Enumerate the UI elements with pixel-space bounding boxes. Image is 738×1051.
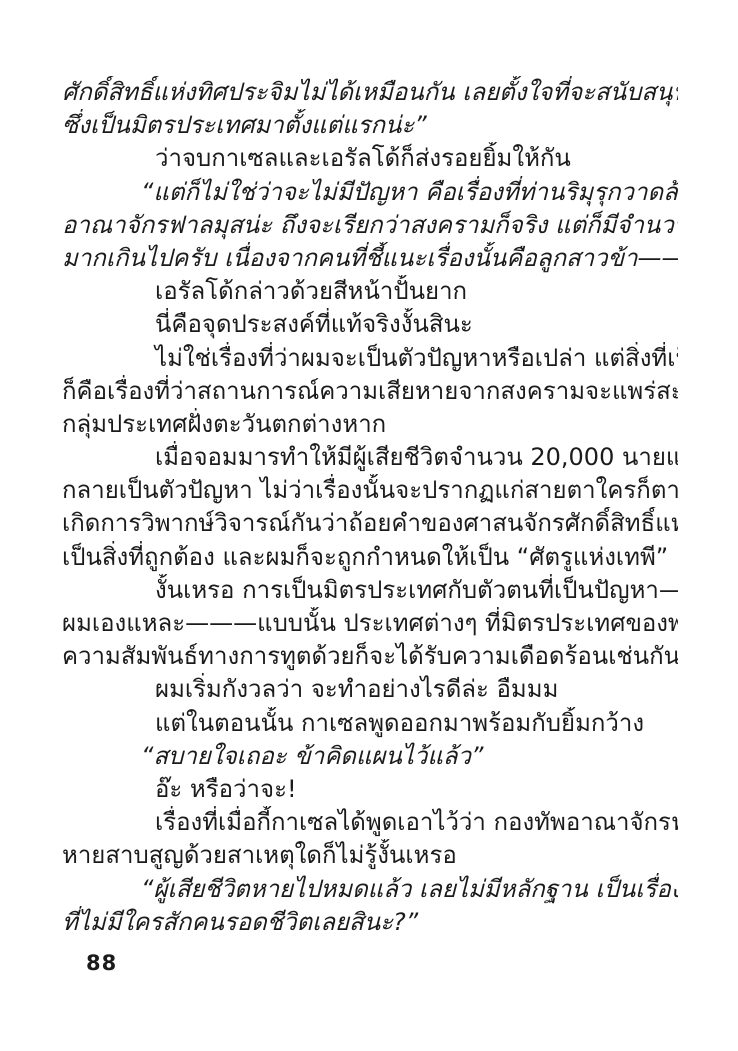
text-line: มากเกินไปครับ เนื่องจากคนที่ชี้แนะเรื่อง… xyxy=(62,242,678,275)
text-line: งั้นเหรอ การเป็นมิตรประเทศกับตัวตนที่เป็… xyxy=(62,574,678,607)
text-line: หายสาบสูญด้วยสาเหตุใดก็ไม่รู้งั้นเหรอ xyxy=(62,839,678,872)
text-line: “สบายใจเถอะ ข้าคิดแผนไว้แล้ว” xyxy=(62,740,678,773)
text-line: อาณาจักรฟาลมุสน่ะ ถึงจะเรียกว่าสงครามก็จ… xyxy=(62,209,678,242)
text-line: ที่ไม่มีใครสักคนรอดชีวิตเลยสินะ?” xyxy=(62,906,678,939)
text-line: ก็คือเรื่องที่ว่าสถานการณ์ความเสียหายจาก… xyxy=(62,375,678,408)
book-page: ศักดิ์สิทธิ์แห่งทิศประจิมไม่ได้เหมือนกัน… xyxy=(0,0,738,1051)
text-line: อ๊ะ หรือว่าจะ! xyxy=(62,773,678,806)
text-line: เรื่องที่เมื่อกี้กาเซลได้พูดเอาไว้ว่า กอ… xyxy=(62,806,678,839)
text-line: “ผู้เสียชีวิตหายไปหมดแล้ว เลยไม่มีหลักฐา… xyxy=(62,873,678,906)
text-line: ความสัมพันธ์ทางการทูตด้วยก็จะได้รับความเ… xyxy=(62,640,678,673)
text-line: ซึ่งเป็นมิตรประเทศมาตั้งแต่แรกน่ะ” xyxy=(62,109,678,142)
text-block: ศักดิ์สิทธิ์แห่งทิศประจิมไม่ได้เหมือนกัน… xyxy=(62,76,678,939)
text-line: ไม่ใช่เรื่องที่ว่าผมจะเป็นตัวปัญหาหรือเป… xyxy=(62,342,678,375)
text-line: เป็นสิ่งที่ถูกต้อง และผมก็จะถูกกำหนดให้เ… xyxy=(62,541,678,574)
text-line: ผมเองแหละ———แบบนั้น ประเทศต่างๆ ที่มิตรป… xyxy=(62,607,678,640)
text-line: ผมเริ่มกังวลว่า จะทำอย่างไรดีล่ะ อืมมม xyxy=(62,673,678,706)
text-line: ศักดิ์สิทธิ์แห่งทิศประจิมไม่ได้เหมือนกัน… xyxy=(62,76,678,109)
text-line: “แต่ก็ไม่ใช่ว่าจะไม่มีปัญหา คือเรื่องที่… xyxy=(62,176,678,209)
text-line: เมื่อจอมมารทำให้มีผู้เสียชีวิตจำนวน 20,0… xyxy=(62,441,678,474)
page-number: 88 xyxy=(86,951,117,975)
text-line: เกิดการวิพากษ์วิจารณ์กันว่าถ้อยคำของศาสน… xyxy=(62,507,678,540)
text-line: เอรัลโด้กล่าวด้วยสีหน้าปั้นยาก xyxy=(62,275,678,308)
text-line: กลายเป็นตัวปัญหา ไม่ว่าเรื่องนั้นจะปรากฏ… xyxy=(62,474,678,507)
text-line: กลุ่มประเทศฝั่งตะวันตกต่างหาก xyxy=(62,408,678,441)
text-line: นี่คือจุดประสงค์ที่แท้จริงงั้นสินะ xyxy=(62,308,678,341)
text-line: ว่าจบกาเซลและเอรัลโด้ก็ส่งรอยยิ้มให้กัน xyxy=(62,142,678,175)
text-line: แต่ในตอนนั้น กาเซลพูดออกมาพร้อมกับยิ้มกว… xyxy=(62,707,678,740)
